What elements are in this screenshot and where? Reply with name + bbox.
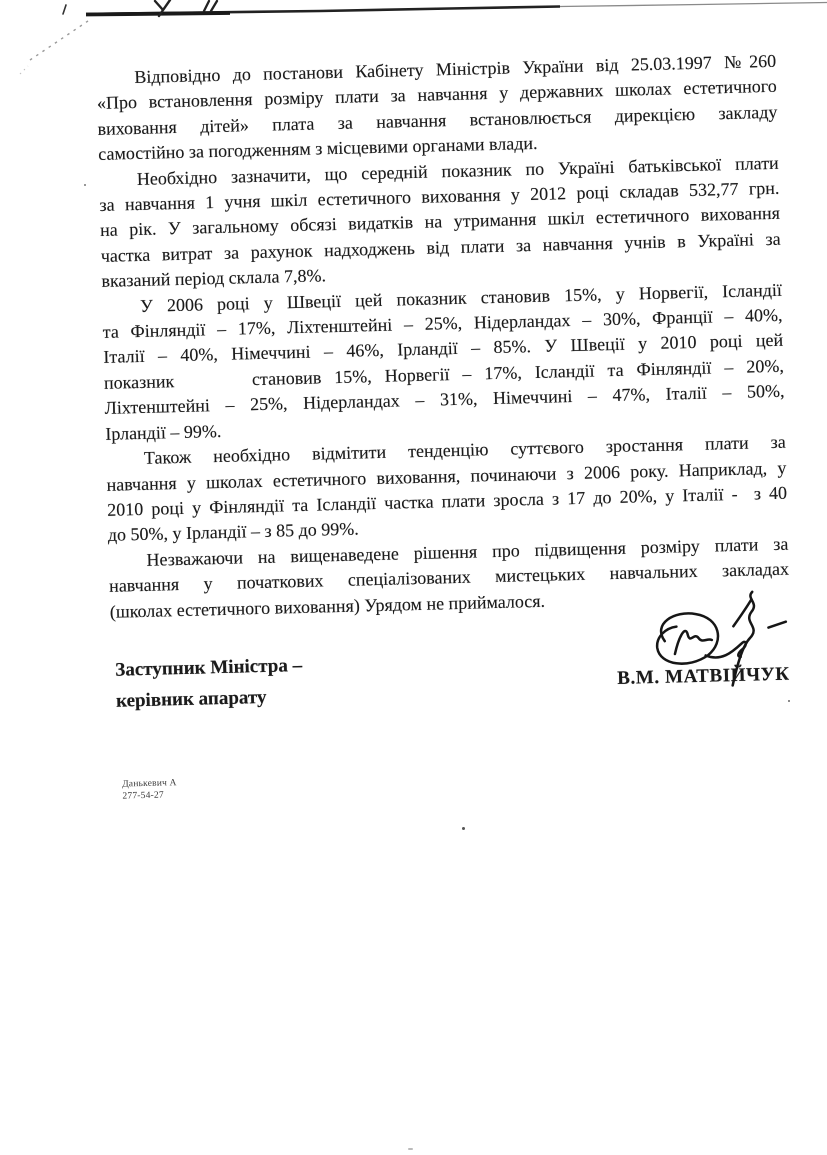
scanned-letter-page: Відповідно до постанови Кабінету Міністр… [0,0,827,1155]
handwriting-fragment-icon [155,0,170,16]
letter-body: Відповідно до постанови Кабінету Міністр… [96,49,794,769]
signer-name: В.М. МАТВІЙЧУК [617,664,790,690]
scan-speck [84,184,86,186]
scan-speck [462,827,465,830]
paragraph: У 2006 році у Швеції цей показник станов… [102,277,786,447]
signer-name-block: В.М. МАТВІЙЧУК [617,664,790,690]
signer-title-line1: Заступник Міністра – [115,650,303,686]
letter-paragraphs: Відповідно до постанови Кабінету Міністр… [96,49,790,625]
signature-block: Заступник Міністра – керівник апарату [111,632,794,769]
scan-speck [408,1148,413,1150]
executor-note: Данькевич А 277-54-27 [122,778,177,802]
handwriting-fragment-icon [204,1,217,11]
executor-name: Данькевич А [122,778,177,791]
signer-title: Заступник Міністра – керівник апарату [115,650,303,717]
scan-scratch [30,21,88,60]
paragraph: Незважаючи на вищенаведене рішення про п… [108,531,790,624]
signer-title-line2: керівник апарату [116,681,304,717]
paragraph: Необхідно зазначити, що середній показни… [99,150,782,294]
paragraph: Також необхідно відмітити тенденцію сутт… [106,430,788,549]
executor-phone: 277-54-27 [122,790,177,803]
paragraph: Відповідно до постанови Кабінету Міністр… [96,49,778,168]
